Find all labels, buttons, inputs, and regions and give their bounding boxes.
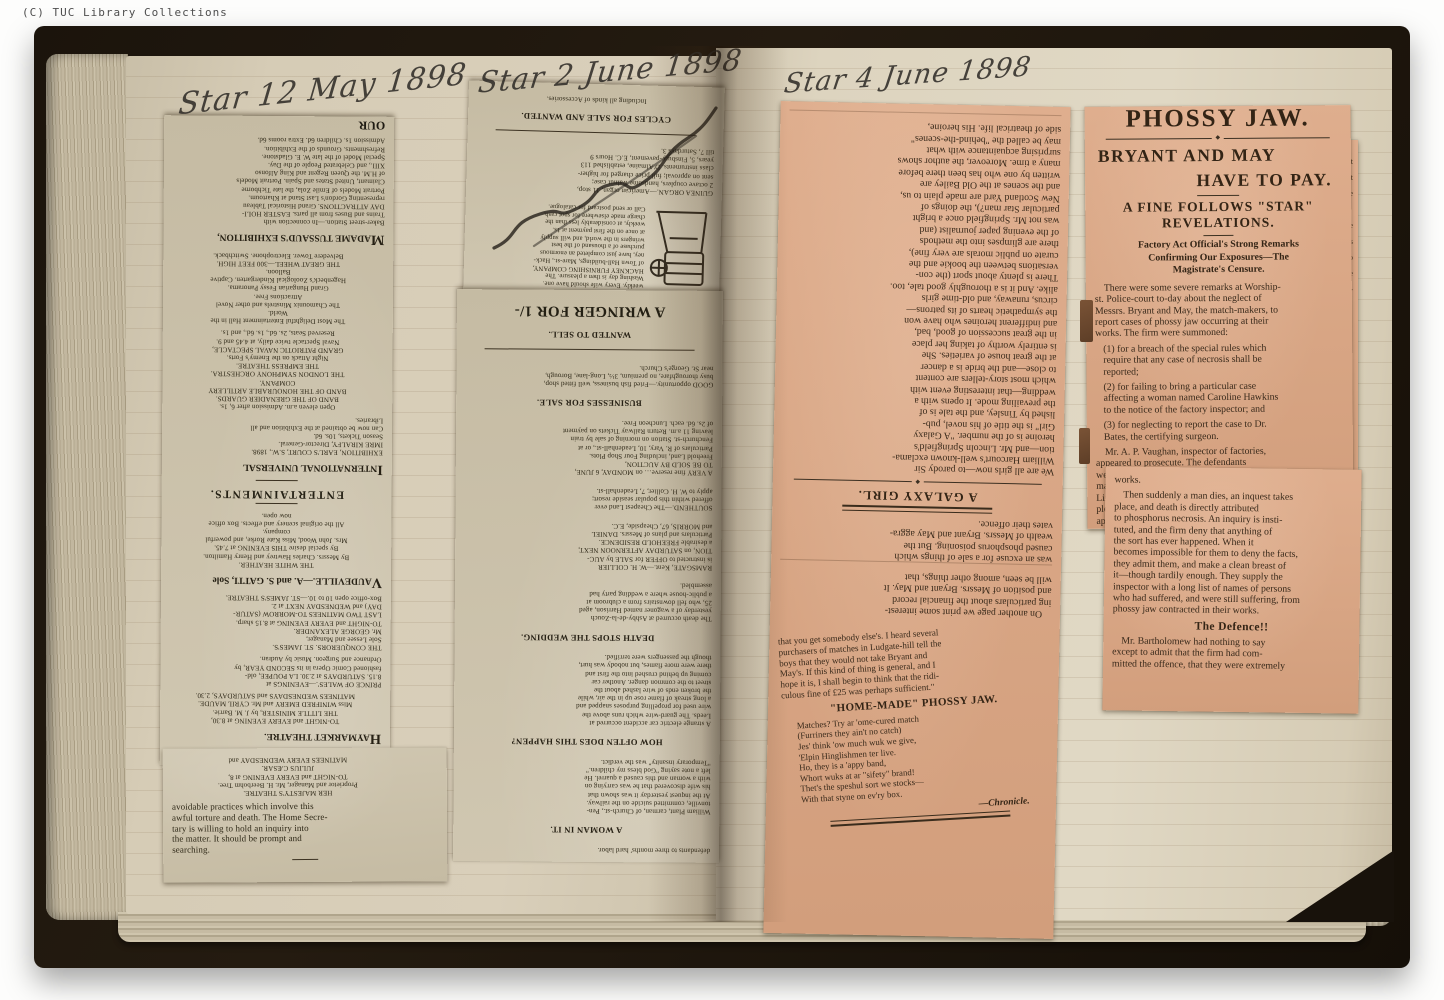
entertainments-headline: ENTERTAINMENTS. [171,488,383,501]
finance-note: On another page we print some interest- … [779,568,1052,619]
bands-listing: Open eleven a.m. Admission after 6, 1s. … [171,329,384,413]
rule [1197,195,1239,196]
wanted-to-sell-line: WANTED TO SELL. [466,329,714,341]
bryant-wealth-paragraph: was an excuse for a sale of things which… [780,514,1053,565]
rule [256,503,298,504]
rule [256,480,298,481]
rule [485,348,695,350]
st-james-listing: THE CONQUERORS. ST. JAMES'S. Sole Lessee… [170,593,382,652]
vaudeville-line: VAUDEVILLE.—A. and S. GATTI, Sole [170,572,382,590]
factory-act-deck: Factory Act Official's Strong Remarks Co… [1094,238,1342,278]
bryant-and-may-line: BRYANT AND MAY [1094,144,1342,167]
diamond-divider: ◆ [794,476,1042,487]
works-lead-word: works. [1114,474,1352,489]
summons-item-1: (1) for a breach of the special rules wh… [1095,342,1343,378]
have-to-pay-line: HAVE TO PAY. [1094,169,1342,192]
prince-of-wales-listing: PRINCE OF WALES'.—EVENINGS at 8.15. SATU… [169,654,381,688]
tram-story: A strange electric car accident occurred… [463,652,712,728]
inquiry-paragraph: avoidable practices which involve this a… [172,800,438,855]
her-majestys-listing: HER MAJESTY'S THEATRE. Proprietor and Ma… [172,755,404,797]
ink-scrawl [482,96,722,261]
fine-follows-subhead: A FINE FOLLOWS "STAR" REVELATIONS. [1094,198,1342,232]
auction-ad: A VERY fine reserve… on MONDAY, 6 JUNE, … [465,418,713,477]
photo-credit: (C) TUC Library Collections [22,6,228,19]
ramsgate-ad: RAMSGATE, Kent.—W. H. COLLIER is instruc… [464,521,712,572]
wedding-headline: DEATH STOPS THE WEDDING. [464,632,712,644]
rule [1203,235,1233,236]
bartholomew-paragraph: Mr. Bartholomew had nothing to say excep… [1112,635,1350,673]
great-wheel-listing: The Most Delightful Entertainment Hall i… [172,251,385,326]
tram-headline: HOW OFTEN DOES THIS HAPPEN? [463,736,711,748]
finance-note-flipped-block: On another page we print some interest- … [779,559,1052,623]
hard-labor-line: defendants to three months' hard labor. [462,845,710,855]
clipping-bryant-continuation: works. Then suddenly a man dies, an inqu… [1102,466,1361,714]
wringer-headline: A WRINGER FOR 1/- [466,301,714,320]
worship-st-paragraph: There were some severe remarks at Worshi… [1095,281,1343,340]
fried-fish-ad: GOOD opportunity.—Fried fish business, w… [465,363,713,389]
summons-item-3: (3) for neglecting to report the case to… [1096,418,1344,443]
diamond-icon: ◆ [1215,135,1220,141]
rule [292,859,318,860]
torn-paper-bit [1080,300,1093,342]
wedding-story: The death occurred at Ashby-de-la-Zouch … [464,580,712,623]
clipping-middle-column: defendants to three months' hard labor. … [453,289,723,863]
woman-in-it-headline: A WOMAN IN IT. [462,825,710,837]
poem-block: that you get somebody else's. I heard se… [771,613,1054,829]
summons-item-2: (2) for failing to bring a particular ca… [1095,380,1343,416]
galaxy-girl-flipped-block: was an excuse for a sale of things which… [780,109,1061,565]
tussauds-headline: MADAME TUSSAUD'S EXHIBITION, [172,230,384,248]
galaxy-girl-review: We are all girls now—to parody Sir Willi… [782,118,1061,477]
clipping-entertainments: Box-office open 10 to 10. Seats booked b… [160,115,395,767]
diamond-divider: ◆ [1106,134,1330,142]
international-details: EXHIBITION, EARL'S COURT, S.W., 1898. IM… [171,415,383,457]
sufficient-fine-quote: that you get somebody else's. I heard se… [778,621,1045,701]
tussauds-details: Baker-street Station.—In connection with… [173,135,386,227]
clipping-bryant-and-may: PHOSSY JAW. ◆ BRYANT AND MAY HAVE TO PAY… [1085,105,1354,529]
international-headline: INTERNATIONAL UNIVERSAL [171,460,383,478]
little-minister-listing: TO-NIGHT and EVERY EVENING at 8.30, THE … [169,691,381,725]
torn-paper-bit [1079,428,1090,464]
double-rule [842,505,992,514]
clipping-galaxy-girl: was an excuse for a sale of things which… [763,101,1070,939]
diamond-icon: ◆ [915,479,920,485]
man-dies-paragraph: Then suddenly a man dies, an inquest tak… [1113,490,1353,619]
defence-subhead: The Defence!! [1112,619,1350,634]
page-edges-stack [46,54,128,920]
southend-ad: SOUTHEND.—The Cheapest Land ever offered… [464,486,712,512]
haymarket-headline: HAYMARKET THEATRE. [169,728,381,746]
clipping-home-secretary: HER MAJESTY'S THEATRE. Proprietor and Ma… [163,747,448,882]
white-heather-listing: THE WHITE HEATHER. By Messrs. Charles Ha… [170,511,382,570]
phossy-jaw-poem: Matches? Try ar 'ome-cured match (Furrin… [783,706,1051,806]
woman-in-it-story: William Plant, carman, of Church-st., Pe… [462,757,710,816]
galaxy-girl-headline: A GALAXY GIRL. [781,486,1053,507]
phossy-jaw-headline: PHOSSY JAW. [1094,106,1342,132]
businesses-headline: BUSINESSES FOR SALE. [465,398,713,410]
